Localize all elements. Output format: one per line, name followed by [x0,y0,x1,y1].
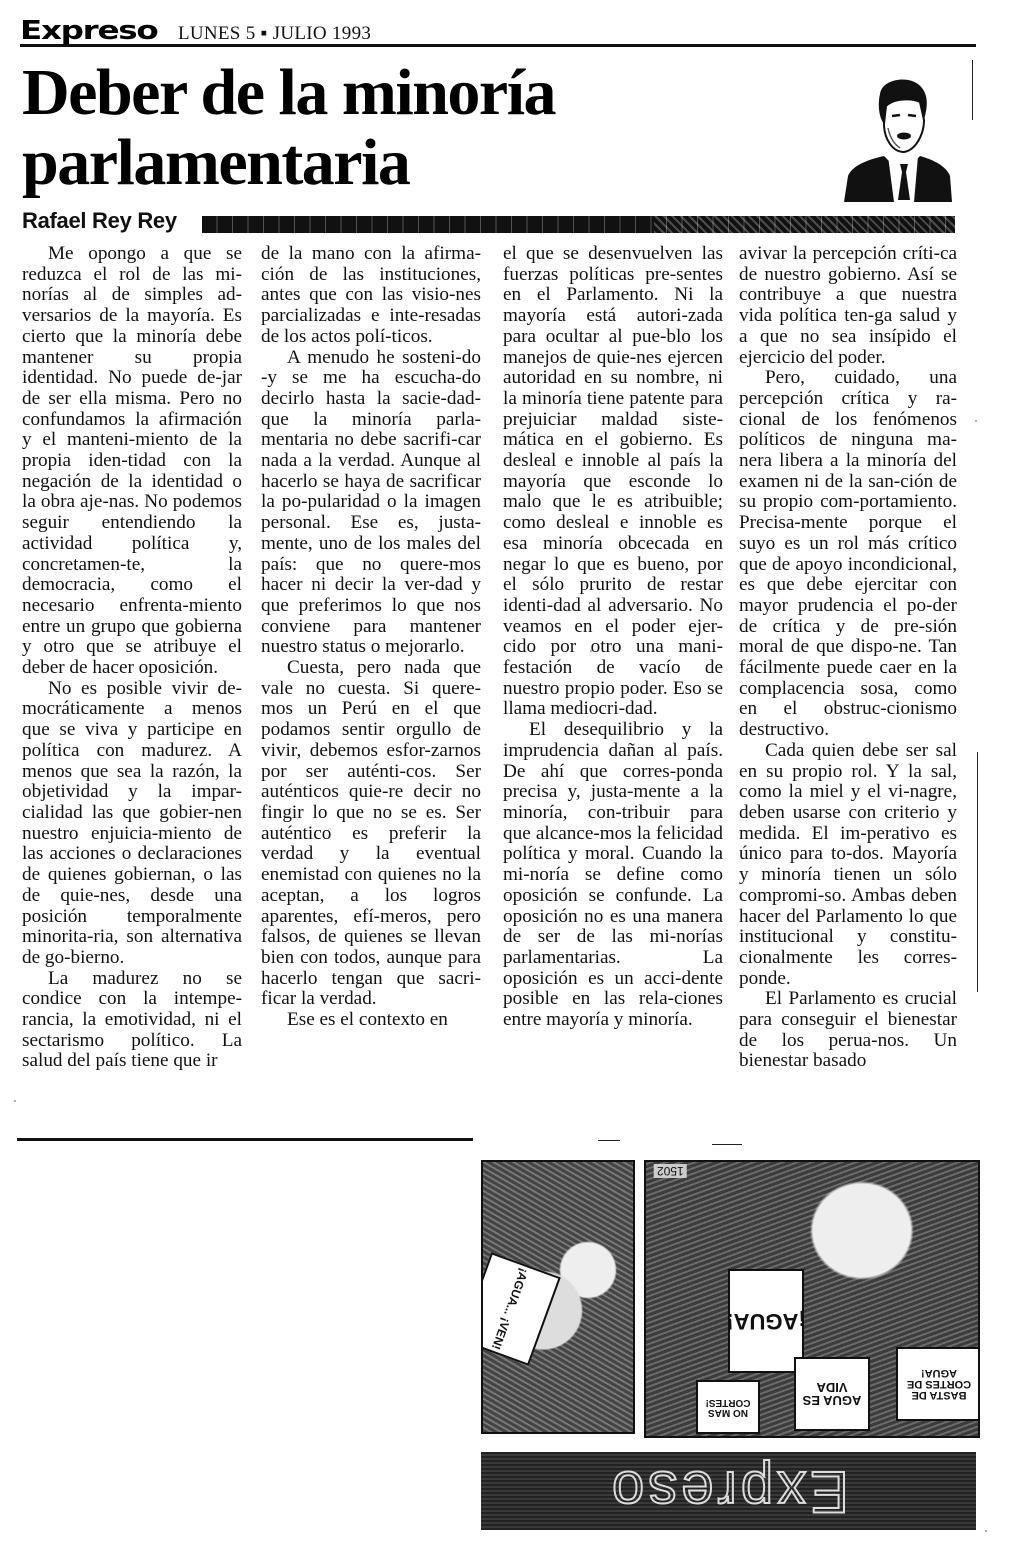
paragraph: El desequilibrio y la imprudencia dañan … [503,720,723,1031]
portrait-illustration-icon [842,72,954,202]
rule-fragment [598,1140,620,1141]
cartoon-band-text: Expreso [608,1458,849,1525]
article-column-4: avivar la percepción críti-ca de nuestro… [739,244,957,1072]
protest-sign-agua-es-vida: AGUA ES VIDA [794,1357,870,1431]
paragraph: Pero, cuidado, una percepción crítica y … [739,368,957,741]
protest-sign: ¡AGUA... ¡VEN! [481,1252,561,1366]
byline-decorative-bar [202,216,955,233]
headline-line-1: Deber de la minoría [22,56,555,129]
paragraph: Cada quien debe ser sal en su propio rol… [739,741,957,989]
paragraph: Ese es el contexto en [261,1010,481,1031]
cartoon-title-band: Expreso [481,1452,976,1530]
scan-speck [590,650,592,652]
masthead: Expreso LUNES 5 ▪ JULIO 1993 [20,16,371,46]
paragraph-continuation: el que se desenvuelven las fuerzas polít… [503,244,723,720]
masthead-rule [20,44,976,47]
article-column-2: de la mano con la afirma-ción de las ins… [261,244,481,1031]
author-portrait-image [842,72,954,202]
paragraph: A menudo he sosteni-do -y se me ha escuc… [261,348,481,659]
margin-mark [977,752,978,992]
column-end-rule [17,1138,473,1141]
paragraph: El Parlamento es crucial para conseguir … [739,989,957,1072]
protest-sign-agua: ¡AGUA! [728,1269,804,1373]
cartoon-number: 1502 [654,1164,687,1178]
article-column-3: el que se desenvuelven las fuerzas polít… [503,244,723,1031]
protest-sign-no-mas-cortes: NO MAS CORTES! [696,1380,760,1434]
article-column-1: Me opongo a que se reduzca el rol de las… [22,244,242,1072]
scan-speck [985,1530,987,1532]
editorial-cartoon: ¡AGUA... ¡VEN! 1502 ¡AGUA! NO MAS CORTES… [481,1156,981,1546]
rule-fragment [712,1144,742,1145]
author-byline: Rafael Rey Rey [22,208,177,234]
dateline: LUNES 5 ▪ JULIO 1993 [178,23,371,45]
protest-sign-basta: BASTA DE CORTES DE AGUA! [896,1347,980,1421]
newspaper-logo: Expreso [20,16,157,46]
cartoon-panel-left: ¡AGUA... ¡VEN! [481,1160,635,1434]
scan-speck [14,1100,16,1102]
margin-mark [972,60,973,120]
paragraph: Cuesta, pero nada que vale no cuesta. Si… [261,658,481,1010]
paragraph: Me opongo a que se reduzca el rol de las… [22,244,242,679]
paragraph: No es posible vivir de-mocráticamente a … [22,679,242,969]
article-headline: Deber de la minoría parlamentaria [22,58,555,198]
cartoon-panel-right: 1502 ¡AGUA! NO MAS CORTES! AGUA ES VIDA … [644,1160,980,1438]
paragraph-continuation: de la mano con la afirma-ción de las ins… [261,244,481,348]
paragraph: La madurez no se condice con la intempe-… [22,969,242,1073]
scan-speck [975,420,977,422]
headline-line-2: parlamentaria [22,126,409,199]
paragraph-continuation: avivar la percepción críti-ca de nuestro… [739,244,957,368]
